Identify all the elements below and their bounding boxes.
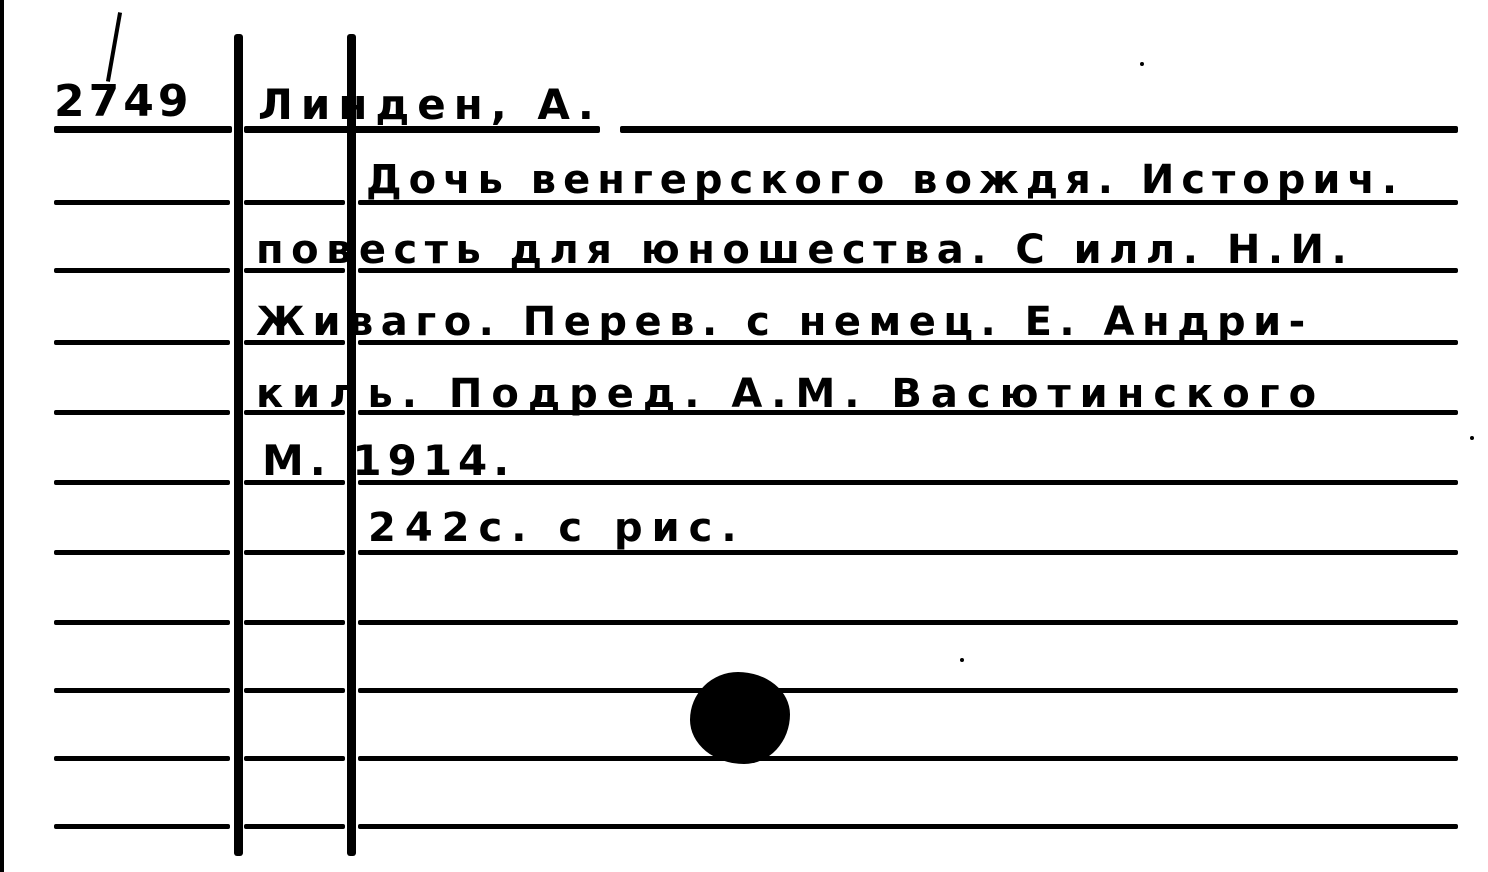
card-left-edge xyxy=(0,0,4,872)
ruled-line xyxy=(358,688,1458,693)
ruled-line xyxy=(358,756,1458,761)
ruled-line xyxy=(54,340,230,345)
ruled-line xyxy=(620,126,1458,133)
ruled-line xyxy=(244,756,345,761)
ruled-line xyxy=(54,126,232,133)
ink-blot xyxy=(690,672,790,764)
ruled-line xyxy=(244,688,345,693)
imprint-line: М. 1914. xyxy=(262,440,515,482)
speck xyxy=(1140,62,1144,66)
ruled-line xyxy=(244,550,345,555)
collation-line: 242с. с рис. xyxy=(368,508,746,548)
ruled-line xyxy=(54,200,230,205)
ruled-line xyxy=(244,824,345,829)
author-heading: Линден, А. xyxy=(258,84,602,126)
call-number: 2749 xyxy=(54,80,192,124)
ruled-line xyxy=(54,410,230,415)
column-divider-left xyxy=(234,34,243,856)
ruled-line xyxy=(358,620,1458,625)
ruled-line xyxy=(54,756,230,761)
speck xyxy=(960,658,964,662)
ruled-line xyxy=(54,688,230,693)
ruled-line xyxy=(54,480,230,485)
ruled-line xyxy=(244,620,345,625)
title-line-4: киль. Подред. А.М. Васютинского xyxy=(256,374,1325,414)
ruled-line xyxy=(244,200,345,205)
ruled-line xyxy=(54,550,230,555)
ruled-line xyxy=(54,620,230,625)
title-line-3: Живаго. Перев. с немец. Е. Андри- xyxy=(256,302,1313,342)
ruled-line xyxy=(358,824,1458,829)
title-line-2: повесть для юношества. С илл. Н.И. xyxy=(256,230,1354,270)
ruled-line xyxy=(358,480,1458,485)
title-line-1: Дочь венгерского вождя. Историч. xyxy=(366,160,1404,200)
catalog-card: 2749 Линден, А. Дочь венгерского вождя. … xyxy=(0,0,1488,872)
speck xyxy=(1470,436,1474,440)
ruled-line xyxy=(54,824,230,829)
ruled-line xyxy=(54,268,230,273)
check-mark xyxy=(106,12,122,82)
